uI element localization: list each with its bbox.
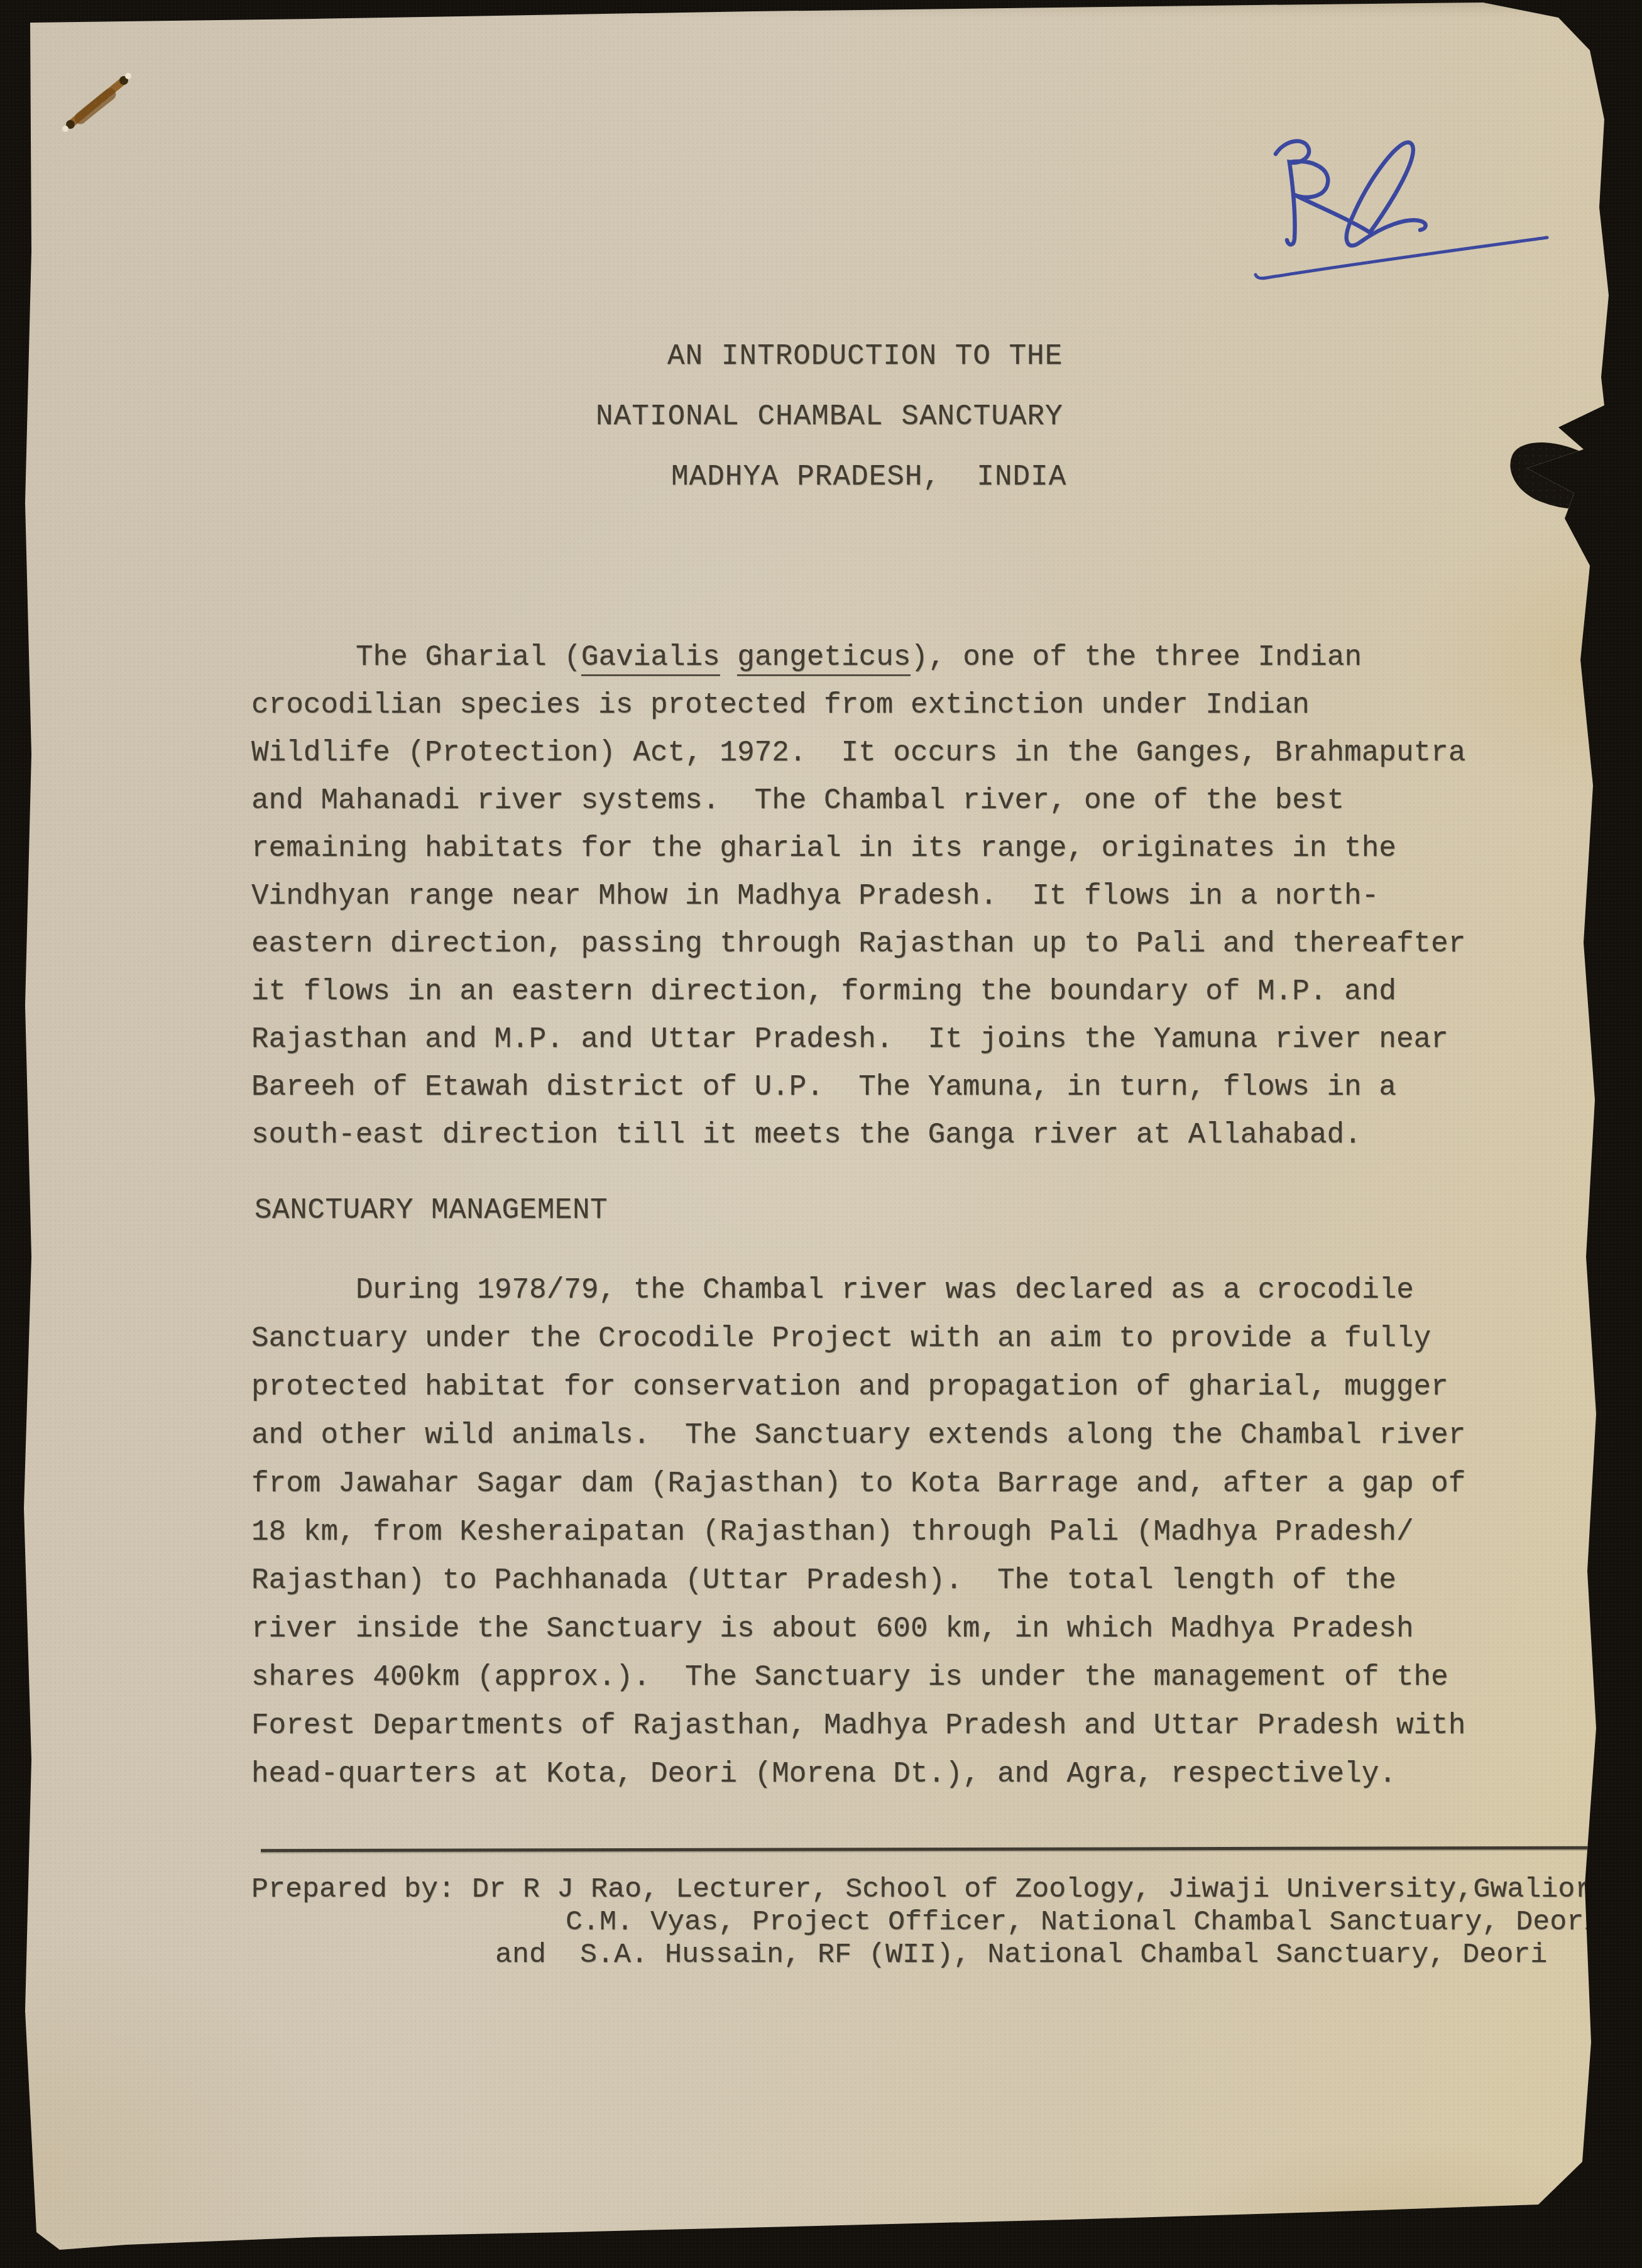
paragraph-sanctuary-management: During 1978/79, the Chambal river was de… [251, 1266, 1584, 1799]
text-line: remaining habitats for the gharial in it… [251, 824, 1584, 872]
text-line: 18 km, from Kesheraipatan (Rajasthan) th… [251, 1508, 1584, 1557]
document-title-line-1: AN INTRODUCTION TO THE [667, 342, 1063, 371]
text-line: protected habitat for conservation and p… [251, 1363, 1584, 1411]
text-segment [720, 641, 738, 674]
scan-background: AN INTRODUCTION TO THE NATIONAL CHAMBAL … [0, 0, 1642, 2268]
text-line: it flows in an eastern direction, formin… [251, 968, 1584, 1016]
paper-tear [1500, 428, 1611, 520]
text-line: Bareeh of Etawah district of U.P. The Ya… [251, 1063, 1584, 1111]
text-line: eastern direction, passing through Rajas… [251, 920, 1584, 968]
text-line: crocodilian species is protected from ex… [251, 681, 1584, 729]
text-segment: The Gharial ( [356, 641, 581, 674]
footer-credit-line: and S.A. Hussain, RF (WII), National Cha… [495, 1939, 1601, 1971]
text-line: Vindhyan range near Mhow in Madhya Prade… [251, 872, 1584, 920]
text-line: river inside the Sanctuary is about 600 … [251, 1605, 1584, 1653]
text-line: Rajasthan and M.P. and Uttar Pradesh. It… [251, 1016, 1584, 1063]
text-line: The Gharial (Gavialis gangeticus), one o… [251, 633, 1584, 681]
footer-credit-line: C.M. Vyas, Project Officer, National Cha… [566, 1906, 1601, 1939]
species-name-underlined: gangeticus [737, 641, 911, 676]
text-line: head-quarters at Kota, Deori (Morena Dt.… [251, 1750, 1584, 1799]
text-line: During 1978/79, the Chambal river was de… [251, 1266, 1584, 1315]
handwritten-initials-signature [1219, 107, 1571, 295]
document-title-line-3: MADHYA PRADESH, INDIA [671, 463, 1066, 491]
text-line: from Jawahar Sagar dam (Rajasthan) to Ko… [251, 1460, 1584, 1508]
footer-credit-line: Prepared by: Dr R J Rao, Lecturer, Schoo… [251, 1873, 1601, 1906]
text-line: Sanctuary under the Crocodile Project wi… [251, 1315, 1584, 1363]
text-line: shares 400km (approx.). The Sanctuary is… [251, 1653, 1584, 1702]
section-heading: SANCTUARY MANAGEMENT [255, 1196, 608, 1225]
text-line: Forest Departments of Rajasthan, Madhya … [251, 1702, 1584, 1750]
text-line: south-east direction till it meets the G… [251, 1111, 1584, 1159]
document-page: AN INTRODUCTION TO THE NATIONAL CHAMBAL … [0, 0, 1642, 2268]
footer-divider-line [261, 1846, 1609, 1852]
species-name-underlined: Gavialis [581, 641, 720, 676]
rust-stain [50, 63, 151, 145]
text-line: Wildlife (Protection) Act, 1972. It occu… [251, 729, 1584, 777]
text-line: Rajasthan) to Pachhanada (Uttar Pradesh)… [251, 1557, 1584, 1605]
text-segment: ), one of the three Indian [911, 641, 1362, 674]
footer-credits: Prepared by: Dr R J Rao, Lecturer, Schoo… [0, 1873, 1601, 1971]
paragraph-gharial-intro: The Gharial (Gavialis gangeticus), one o… [251, 633, 1584, 1159]
document-title-line-2: NATIONAL CHAMBAL SANCTUARY [596, 402, 1063, 431]
text-line: and Mahanadi river systems. The Chambal … [251, 777, 1584, 824]
text-line: and other wild animals. The Sanctuary ex… [251, 1411, 1584, 1460]
